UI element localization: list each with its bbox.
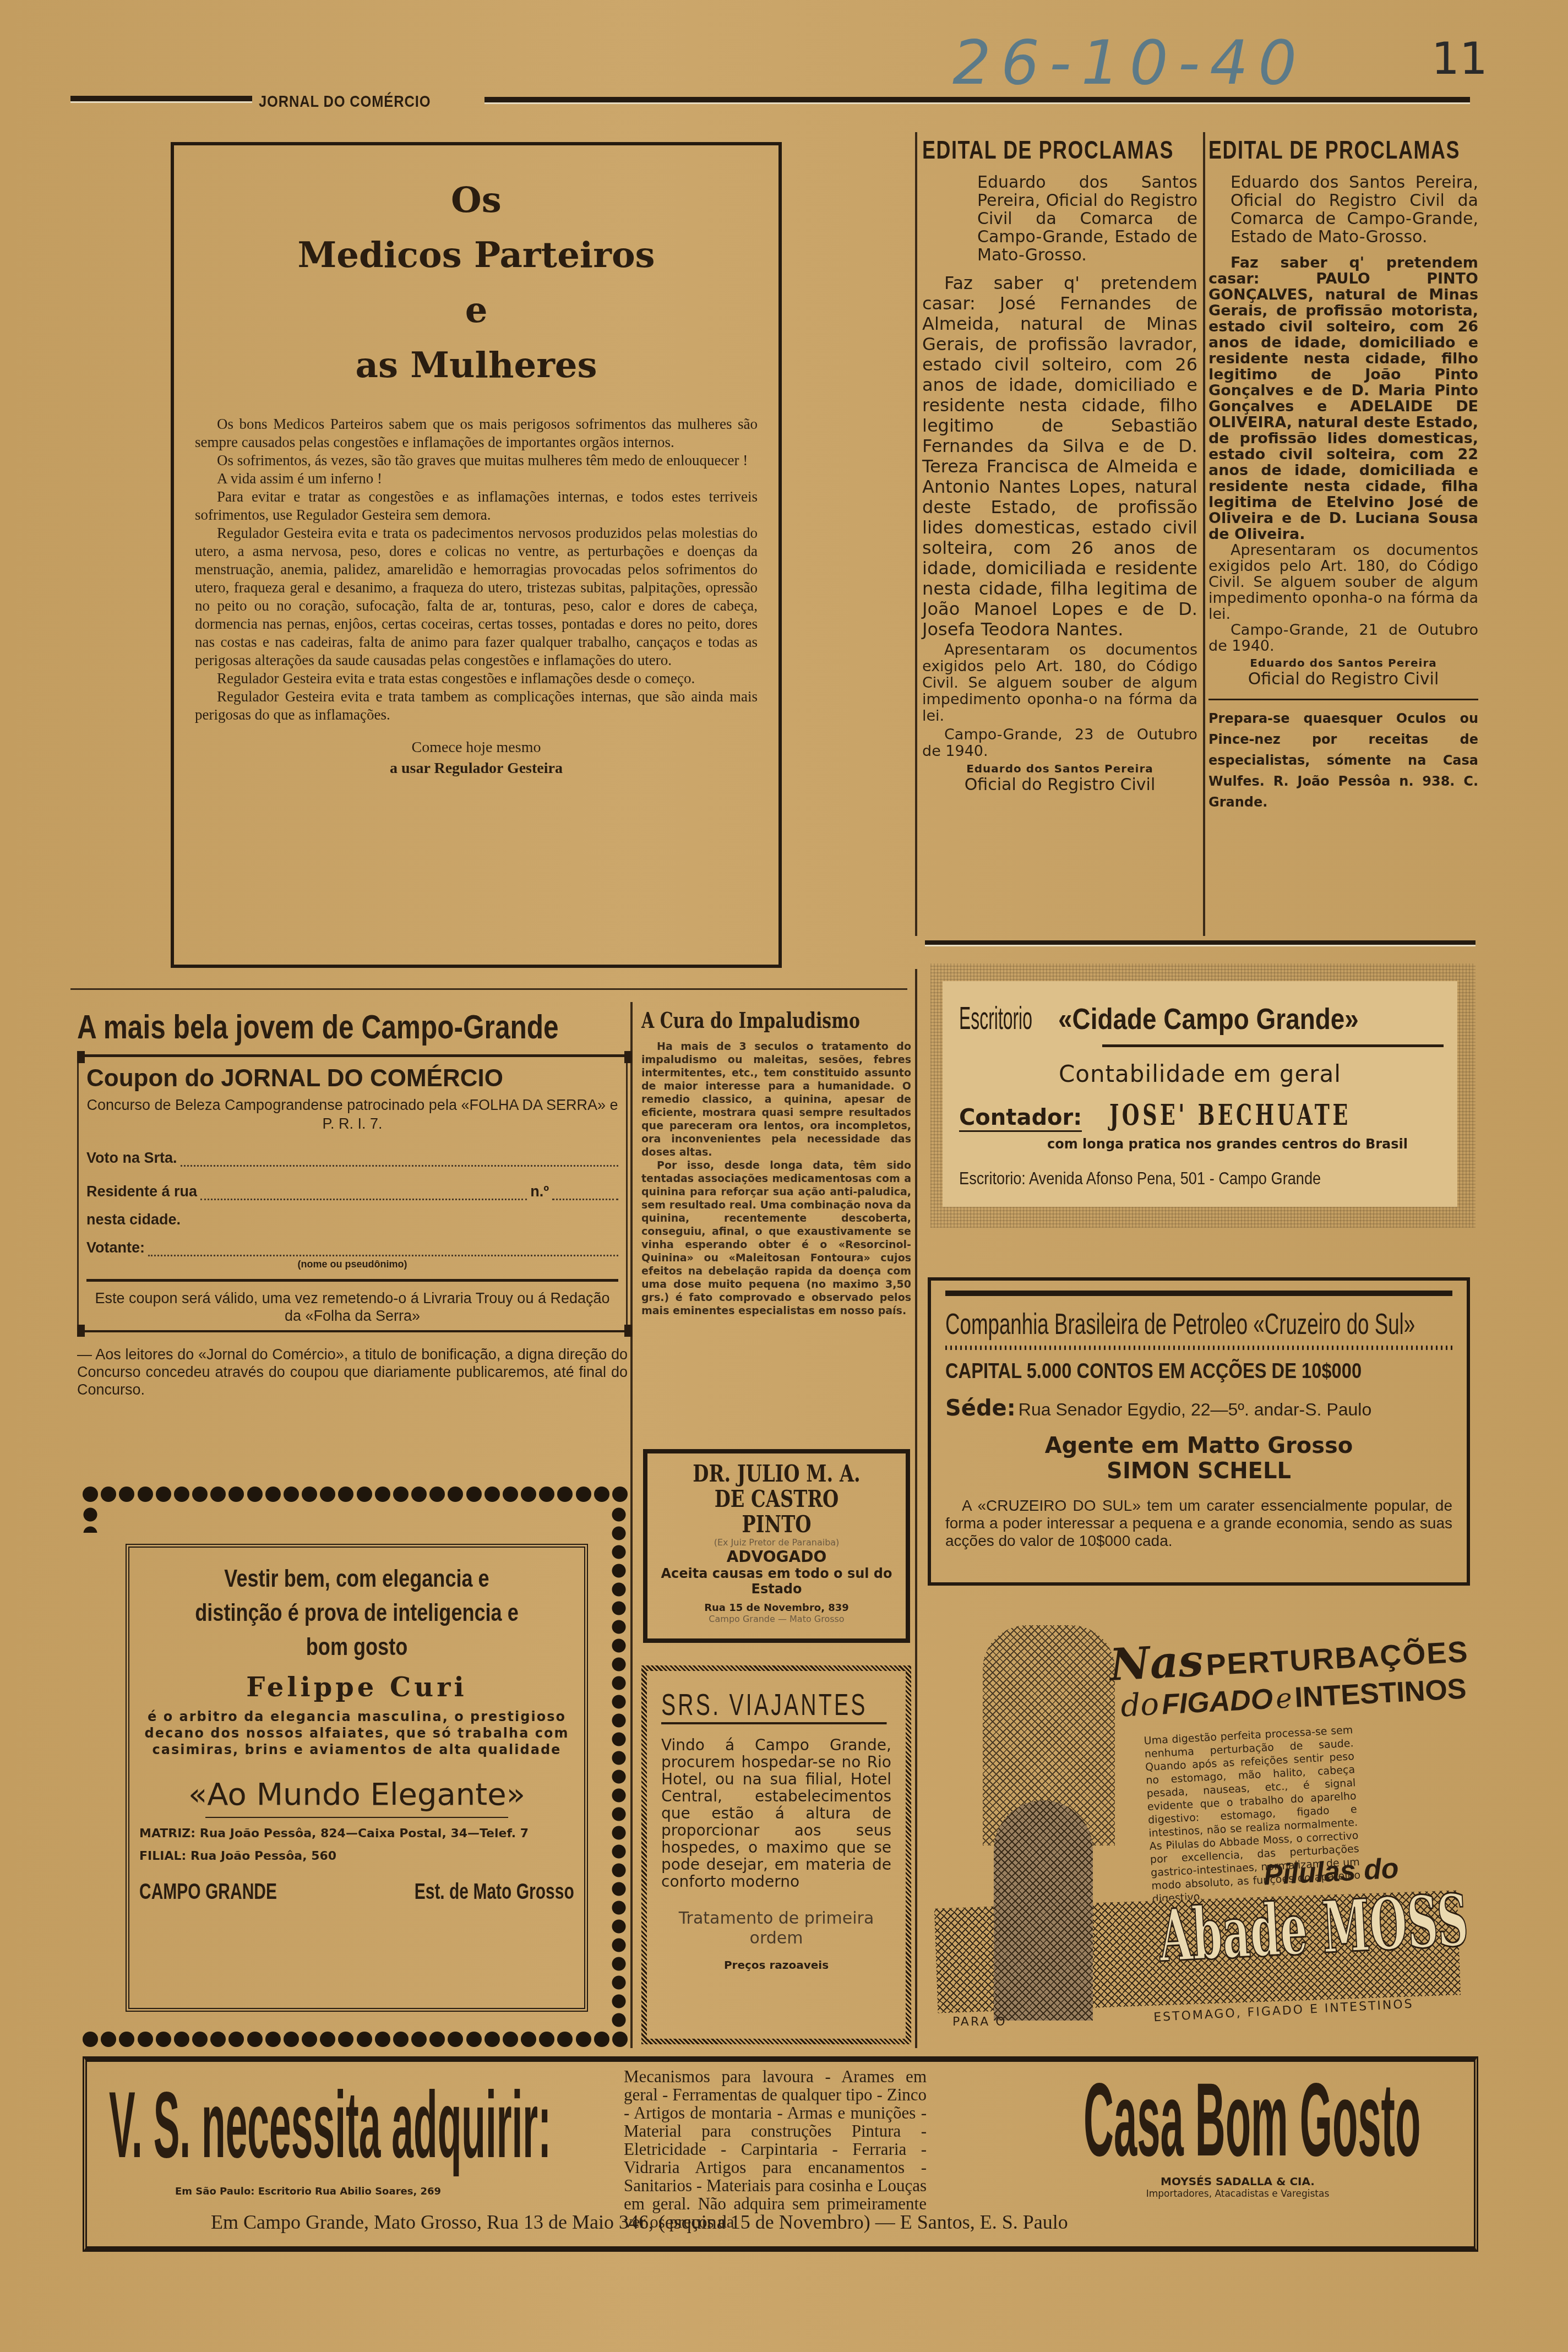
store-address: Em Campo Grande, Mato Grosso, Rua 13 de … [211,2211,1068,2234]
border-dot [411,1487,427,1502]
dot-border-bottom [83,2032,628,2047]
border-dot [503,2032,518,2047]
oculos-notice: Prepara-se quaesquer Oculos ou Pince-nez… [1208,708,1478,813]
edital-paragraph: Faz saber q' pretendem casar: José Ferna… [922,273,1197,640]
viajantes-title: SRS. VIAJANTES [661,1686,887,1724]
advogado-address: Rua 15 de Novembro, 839 [655,1602,898,1614]
escritorio-ad-frame: Escritorio «Cidade Campo Grande» Contabi… [930,963,1476,1228]
border-dot [138,1487,153,1502]
border-dot [594,1487,609,1502]
advogado-former: (Ex Juiz Pretor de Paranaiba) [655,1537,898,1548]
dot-border-right [611,1505,627,2028]
border-dot [338,2032,353,2047]
edital-paragraph: Campo-Grande, 21 de Outubro de 1940. [1208,622,1478,654]
field-label-cidade: nesta cidade. [86,1211,618,1228]
advogado-scope: Aceita causas em todo o sul do Estado [655,1566,898,1597]
edital-signature: Eduardo dos Santos Pereira [1208,656,1478,669]
border-dot [101,2032,116,2047]
border-dot [302,2032,317,2047]
votante-hint: (nome ou pseudônimo) [86,1259,618,1270]
petroleo-title: Companhia Brasileira de Petroleo «Cruzei… [945,1307,1290,1341]
headline-word: INTESTINOS [1294,1673,1467,1714]
border-dot [101,1487,116,1502]
filial-label: FILIAL: [139,1849,186,1863]
alfaiate-name: Felippe Curi [139,1672,574,1703]
filial-address: Rua João Pessôa, 560 [190,1849,336,1863]
border-dot [284,2032,299,2047]
alfaiate-store: «Ao Mundo Elegante» [139,1777,574,1812]
escritorio-address: Escritorio: Avenida Afonso Pena, 501 - C… [959,1168,1382,1189]
border-dot [429,1487,445,1502]
edital-signature-title: Oficial do Registro Civil [1208,669,1478,689]
escritorio-label: Escritorio [959,1000,1014,1037]
border-dot [210,1487,226,1502]
ad-title: as Mulheres [174,338,778,393]
company-desc: Importadores, Atacadistas e Varegistas [1095,2188,1381,2199]
border-dot [265,1487,281,1502]
contador-label: Contador: [959,1105,1082,1132]
ad-paragraph: A vida assim é um inferno ! [195,470,758,488]
border-dot [138,2032,153,2047]
ad-paragraph: Regulador Gesteira evita e trata estas c… [195,669,758,688]
ad-paragraph: Os sofrimentos, ás vezes, são tão graves… [195,451,758,470]
ad-title: Medicos Parteiros [174,228,778,283]
border-dot [320,2032,335,2047]
agente-line: Agente em Matto Grosso [945,1433,1452,1458]
border-dot [466,1487,482,1502]
field-label-voto: Voto na Srta. [86,1150,177,1167]
edital-signature-title: Oficial do Registro Civil [922,775,1197,794]
edital-heading: EDITAL DE PROCLAMAS [922,135,1137,165]
border-dot [119,1487,134,1502]
company-name: MOYSÉS SADALLA & CIA. [1095,2175,1381,2188]
closing-line: Comece hoje mesmo [174,737,778,758]
border-dot [503,1487,518,1502]
sede-address: Rua Senador Egydio, 22—5º. andar-S. Paul… [1019,1400,1371,1419]
ad-body: Os bons Medicos Parteiros sabem que os m… [174,415,778,724]
voto-input[interactable] [181,1152,618,1167]
border-dot [393,1487,409,1502]
border-dot [576,2032,591,2047]
headline-script: do [1120,1686,1160,1724]
concurso-heading: A mais bela jovem de Campo-Grande [77,1008,518,1047]
advogado-city: Campo Grande — Mato Grosso [655,1614,898,1624]
casa-bom-gosto-ad: V. S. necessita adquirir: Em São Paulo: … [83,2056,1478,2252]
border-dot [265,2032,281,2047]
coupon-title: Coupon do JORNAL DO COMÉRCIO [86,1065,618,1092]
field-label-votante: Votante: [86,1239,145,1256]
border-dot [539,2032,554,2047]
field-label-residente: Residente á rua [86,1183,197,1200]
readers-note: — Aos leitores do «Jornal do Comércio», … [77,1346,628,1398]
ad-title: Os [174,173,778,228]
border-dot [448,1487,463,1502]
advogado-name: DR. JULIO M. A. DE CASTRO PINTO [679,1461,874,1537]
masthead-rule-left [70,96,252,103]
sede-label: Séde: [945,1396,1016,1421]
contador-name: JOSE' BECHUATE [1109,1098,1351,1132]
edital-paragraph: Faz saber q' pretendem casar: PAULO PINT… [1208,255,1478,542]
headline-script: Nas [1108,1634,1205,1691]
edital-signature: Eduardo dos Santos Pereira [922,762,1197,775]
matriz-label: MATRIZ: [139,1827,195,1841]
border-dot [576,1487,591,1502]
alfaiate-city: CAMPO GRANDE [139,1880,277,1904]
petroleo-capital: CAPITAL 5.000 CONTOS EM ACÇÕES DE 10$000 [945,1360,1381,1384]
border-dot [192,2032,208,2047]
rua-input[interactable] [200,1185,527,1200]
edital-paragraph: Campo-Grande, 23 de Outubro de 1940. [922,727,1197,760]
border-dot [521,2032,536,2047]
ad-paragraph: Para evitar e tratar as congestões e as … [195,488,758,524]
alfaiate-ad: Vestir bem, com elegancia e distinção é … [126,1544,588,2012]
border-dot [594,2032,609,2047]
votante-input[interactable] [148,1242,618,1256]
ad-paragraph: Regulador Gesteira evita e trata os pade… [195,524,758,669]
border-dot [228,2032,244,2047]
ad-headline: V. S. necessita adquirir: [109,2067,551,2183]
cura-paragraph: Ha mais de 3 seculos o tratamento do imp… [641,1040,911,1159]
escritorio-ad: Escritorio «Cidade Campo Grande» Contabi… [943,981,1457,1207]
ad-title: e [174,283,778,338]
coupon-subtitle: Concurso de Beleza Campograndense patroc… [86,1096,618,1133]
column-rule [1203,132,1205,936]
border-dot [448,2032,463,2047]
border-dot [484,1487,500,1502]
border-dot [612,2032,628,2047]
border-dot [466,2032,482,2047]
border-dot [357,1487,372,1502]
section-rule [925,940,1476,946]
advogado-role: ADVOGADO [655,1548,898,1566]
petroleo-description: A «CRUZEIRO DO SUL» tem um carater essen… [945,1497,1452,1550]
dot-border-left [83,1505,98,1533]
border-dot [375,1487,390,1502]
border-dot [521,1487,536,1502]
border-dot [484,2032,500,2047]
viajantes-prices: Preços razoaveis [661,1958,891,1972]
sp-office: Em São Paulo: Escritorio Rua Abilio Soar… [175,2186,441,2197]
border-dot [156,2032,171,2047]
border-dot [247,2032,263,2047]
viajantes-tagline: Tratamento de primeira ordem [661,1909,891,1948]
border-dot [320,1487,335,1502]
cura-paragraph: Por isso, desde longa data, têm sido ten… [641,1159,911,1317]
numero-input[interactable] [552,1185,618,1200]
store-name: Casa Bom Gosto [1084,2062,1420,2177]
edital-paragraph: Apresentaram os documentos exigidos pelo… [1208,542,1478,622]
border-dot [557,2032,573,2047]
escritorio-service: Contabilidade em geral [943,1060,1457,1087]
border-dot [174,2032,189,2047]
edital-proclamas-1: EDITAL DE PROCLAMAS Eduardo dos Santos P… [922,135,1197,794]
items-list: Mecanismos para lavoura - Arames em gera… [624,2067,927,2231]
edital-intro: Eduardo dos Santos Pereira, Oficial do R… [922,173,1197,264]
edital-intro: Eduardo dos Santos Pereira, Oficial do R… [1208,173,1478,246]
cura-impaludismo-article: A Cura do Impaludismo Ha mais de 3 secul… [641,1008,911,1317]
matriz-address: Rua João Pessôa, 824—Caixa Postal, 34—Te… [200,1827,529,1841]
abbot-portrait [994,1800,1093,2021]
border-dot [302,1487,317,1502]
border-dot [411,2032,427,2047]
contador-experience: com longa pratica nos grandes centros do… [1047,1136,1457,1152]
headline-word: FIGADO [1161,1683,1274,1721]
petroleo-ad: Companhia Brasileira de Petroleo «Cruzei… [928,1277,1470,1586]
agente-name: SIMON SCHELL [945,1458,1452,1484]
border-dot [557,1487,573,1502]
escritorio-name: «Cidade Campo Grande» [1058,1002,1359,1036]
viajantes-ad: SRS. VIAJANTES Vindo á Campo Grande, pro… [641,1665,911,2044]
border-dot [247,1487,263,1502]
ad-paragraph: Os bons Medicos Parteiros sabem que os m… [195,415,758,451]
dot-border-top [83,1487,628,1502]
border-dot [156,1487,171,1502]
section-rule [70,988,907,990]
coupon-form: Coupon do JORNAL DO COMÉRCIO Concurso de… [77,1057,628,1330]
edital-paragraph: Apresentaram os documentos exigidos pelo… [922,642,1197,725]
border-dot [83,1487,98,1502]
column-rule [915,132,917,936]
border-dot [174,1487,189,1502]
border-dot [429,2032,445,2047]
ad-paragraph: Regulador Gesteira evita e trata tambem … [195,688,758,724]
border-dot [357,2032,372,2047]
alfaiate-state: Est. de Mato Grosso [415,1880,574,1904]
border-dot [375,2032,390,2047]
viajantes-body: Vindo á Campo Grande, procurem hospedar-… [661,1736,891,1890]
brand-name: Abade MOSS [1157,1878,1470,1978]
alfaiate-headline: Vestir bem, com elegancia e distinção é … [178,1562,535,1664]
border-dot [192,1487,208,1502]
handwritten-date: 26-10-40 [952,28,1306,98]
headline-script: e [1275,1682,1293,1714]
alfaiate-ad-frame: Vestir bem, com elegancia e distinção é … [83,1487,628,2048]
edital-heading: EDITAL DE PROCLAMAS [1208,135,1419,165]
para-label: PARA O [952,2015,1007,2029]
border-dot [210,2032,226,2047]
field-label-numero: n.º [530,1183,549,1200]
medicos-parteiros-ad: Os Medicos Parteiros e as Mulheres Os bo… [171,142,782,968]
coupon-validity-note: Este coupon será válido, uma vez remeten… [86,1289,618,1325]
cura-heading: A Cura do Impaludismo [641,1008,844,1033]
border-dot [612,1487,628,1502]
concurso-section: A mais bela jovem de Campo-Grande Coupon… [77,1008,628,1398]
column-rule [630,1002,633,2048]
alfaiate-description: é o arbitro da elegancia masculina, o pr… [139,1708,574,1758]
border-dot [284,1487,299,1502]
page-number: 11 [1431,33,1488,84]
border-dot [119,2032,134,2047]
border-dot [228,1487,244,1502]
border-dot [393,2032,409,2047]
advogado-ad: DR. JULIO M. A. DE CASTRO PINTO (Ex Juiz… [643,1449,910,1643]
closing-line: a usar Regulador Gesteira [174,758,778,779]
edital-proclamas-2: EDITAL DE PROCLAMAS Eduardo dos Santos P… [1208,135,1478,813]
column-rule [915,969,917,2048]
newspaper-name: JORNAL DO COMÉRCIO [259,92,431,111]
border-dot [338,1487,353,1502]
abade-moss-ad: Nas PERTURBAÇÕES do FIGADO e INTESTINOS … [928,1619,1473,2037]
border-dot [83,2032,98,2047]
border-dot [539,1487,554,1502]
